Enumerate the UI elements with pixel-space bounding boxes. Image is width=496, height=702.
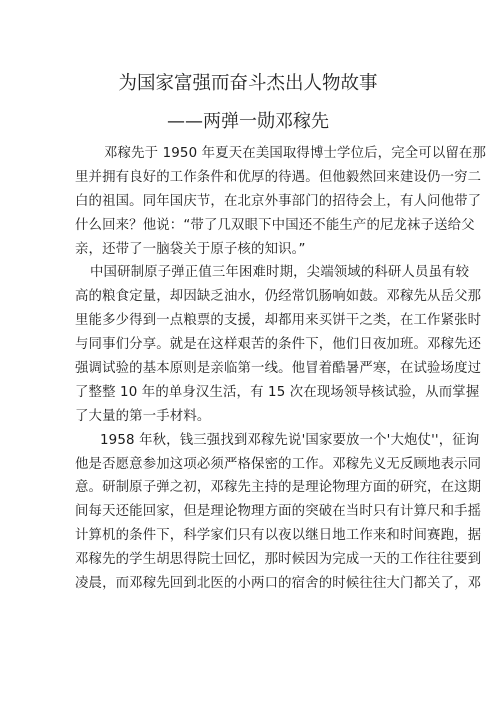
text-line: 计算机的条件下，科学家们只有以夜以继日地工作来和时间赛跑，据: [75, 524, 425, 548]
document-body: 邓稼先于 1950 年夏天在美国取得博士学位后，完全可以留在那 里并拥有良好的工…: [75, 142, 425, 596]
document-title: 为国家富强而奋斗杰出人物故事: [0, 69, 496, 95]
text-line: 里能多少得到一点粮票的支援，却都用来买饼干之类，在工作紧张时: [75, 309, 425, 333]
text-line: 中国研制原子弹正值三年困难时期，尖端领域的科研人员虽有较: [75, 261, 425, 285]
document-subtitle: ——两弹一勋邓稼先: [0, 107, 496, 133]
text-line: 强调试验的基本原则是亲临第一线。他冒着酷暑严寒，在试验场度过: [75, 357, 425, 381]
paragraph-3: 1958 年秋，钱三强找到邓稼先说'国家要放一个'大炮仗''，征询 他是否愿意参…: [75, 429, 425, 596]
text-line: 邓稼先的学生胡思得院士回忆，那时候因为完成一天的工作往往要到: [75, 548, 425, 572]
text-line: 里并拥有良好的工作条件和优厚的待遇。但他毅然回来建设仍一穷二: [75, 166, 425, 190]
text-line: 邓稼先于 1950 年夏天在美国取得博士学位后，完全可以留在那: [75, 142, 425, 166]
text-line: 高的粮食定量，却因缺乏油水，仍经常饥肠响如鼓。邓稼先从岳父那: [75, 285, 425, 309]
text-line: 亲，还带了一脑袋关于原子核的知识。”: [75, 238, 425, 262]
text-line: 他是否愿意参加这项必须严格保密的工作。邓稼先义无反顾地表示同: [75, 453, 425, 477]
text-line: 什么回来？他说：“带了几双眼下中国还不能生产的尼龙袜子送给父: [75, 214, 425, 238]
document-page: 为国家富强而奋斗杰出人物故事 ——两弹一勋邓稼先 邓稼先于 1950 年夏天在美…: [0, 0, 496, 702]
text-line: 凌晨，而邓稼先回到北医的小两口的宿舍的时候往往大门都关了，邓: [75, 572, 425, 596]
text-line: 间每天还能回家，但是理论物理方面的突破在当时只有计算尺和手摇: [75, 500, 425, 524]
text-line: 1958 年秋，钱三强找到邓稼先说'国家要放一个'大炮仗''，征询: [75, 429, 425, 453]
text-line: 了整整 10 年的单身汉生活，有 15 次在现场领导核试验，从而掌握: [75, 381, 425, 405]
paragraph-1: 邓稼先于 1950 年夏天在美国取得博士学位后，完全可以留在那 里并拥有良好的工…: [75, 142, 425, 261]
text-line: 了大量的第一手材料。: [75, 405, 425, 429]
text-line: 意。研制原子弹之初，邓稼先主持的是理论物理方面的研究，在这期: [75, 476, 425, 500]
text-line: 与同事们分享。就是在这样艰苦的条件下，他们日夜加班。邓稼先还: [75, 333, 425, 357]
paragraph-2: 中国研制原子弹正值三年困难时期，尖端领域的科研人员虽有较 高的粮食定量，却因缺乏…: [75, 261, 425, 428]
text-line: 白的祖国。同年国庆节，在北京外事部门的招待会上，有人问他带了: [75, 190, 425, 214]
